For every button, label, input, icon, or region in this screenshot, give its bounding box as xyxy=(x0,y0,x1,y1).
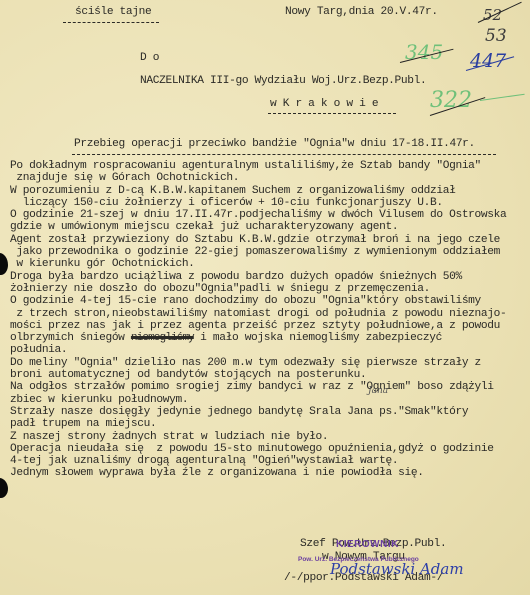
body-line: Droga była bardzo uciążliwa z powodu bar… xyxy=(10,271,506,283)
body-line: liczący 150-ciu żołnierzy i oficerów + 1… xyxy=(10,197,506,209)
margin-number-current: 53 xyxy=(485,26,507,46)
body-line: Do meliny "Ognia" dzieliło nas 200 m.w t… xyxy=(10,357,506,369)
body-line: z trzech stron,nieobstawiliśmy natomiast… xyxy=(10,308,506,320)
body-line: Operacja nieudała się z powodu 15-sto mi… xyxy=(10,443,506,455)
body-line: południa. xyxy=(10,344,506,356)
addressee-city: w K r a k o w i e xyxy=(270,98,378,110)
title-underline xyxy=(72,154,496,155)
body-line: zbiec w kierunku połudnowym. xyxy=(10,394,506,406)
body-line: O godzinie 4-tej 15-cie rano dochodzimy … xyxy=(10,295,506,307)
body-line: jako przewodnika o godzinie 22-giej poma… xyxy=(10,246,506,258)
body-line: O godzinie 21-szej w dniu 17.II.47r.podj… xyxy=(10,209,506,221)
body-line: Jednym słowem wyprawa była źle z organiz… xyxy=(10,467,506,479)
addressee-office: NACZELNIKA III-go Wydziału Woj.Urz.Bezp.… xyxy=(140,75,426,87)
body-line: padł trupem na miejscu. xyxy=(10,418,506,430)
official-stamp-title: KIEROWNIK xyxy=(336,539,399,550)
body-line-with-strikeout: olbrzymich śniegów niemogliśmy i mało wo… xyxy=(10,332,506,344)
body-line: broni automatycznej od bandytów stojącyc… xyxy=(10,369,506,381)
addressee-city-underline xyxy=(268,113,396,114)
handwritten-correction: Jana xyxy=(368,386,388,396)
classification-underline xyxy=(63,22,159,23)
body-line: gdzie w umówionym miejscu czekał już uch… xyxy=(10,221,506,233)
body-line: znajduje się w Górach Ochotnickich. xyxy=(10,172,506,184)
body-line: w kierunku gór Ochotnickich. xyxy=(10,258,506,270)
document-body: Po dokładnym rospracowaniu agenturalnym … xyxy=(10,160,506,480)
margin-number-green-bottom: 322 xyxy=(430,88,472,113)
body-line: Z naszej strony żadnych strat w ludziach… xyxy=(10,431,506,443)
body-line: Agent został przywieziony do Sztabu K.B.… xyxy=(10,234,506,246)
body-line: Na odgłos strzałów pomimo srogiej zimy b… xyxy=(10,381,506,393)
document-title: Przebieg operacji przeciwko bandżie "Ogn… xyxy=(74,138,475,150)
addressee-to: D o xyxy=(140,52,159,64)
body-line: W porozumieniu z D-cą K.B.W.kapitanem Su… xyxy=(10,185,506,197)
body-line: żołnierzy nie doszło do obozu"Ognia"padl… xyxy=(10,283,506,295)
green-tail-line xyxy=(480,94,525,101)
body-line: 4-tej jak uznaliśmy drogą agenturalną "O… xyxy=(10,455,506,467)
handwritten-signature: Podstawski Adam xyxy=(330,560,464,578)
body-line: mości przez nas jak i przez agenta przei… xyxy=(10,320,506,332)
struck-out-word: niemogliśmy xyxy=(131,332,194,344)
body-line-rest: i mało wojska niemogliśmy zabezpieczyć xyxy=(194,332,442,344)
punch-hole-top xyxy=(0,253,8,275)
classification-label: ściśle tajne xyxy=(75,6,151,18)
place-and-date: Nowy Targ,dnia 20.V.47r. xyxy=(285,6,438,18)
body-line-start: olbrzymich śniegów xyxy=(10,332,125,344)
punch-hole-bottom xyxy=(0,478,8,498)
body-line: Strzały nasze dosięgły jedynie jednego b… xyxy=(10,406,506,418)
body-line: Po dokładnym rospracowaniu agenturalnym … xyxy=(10,160,506,172)
